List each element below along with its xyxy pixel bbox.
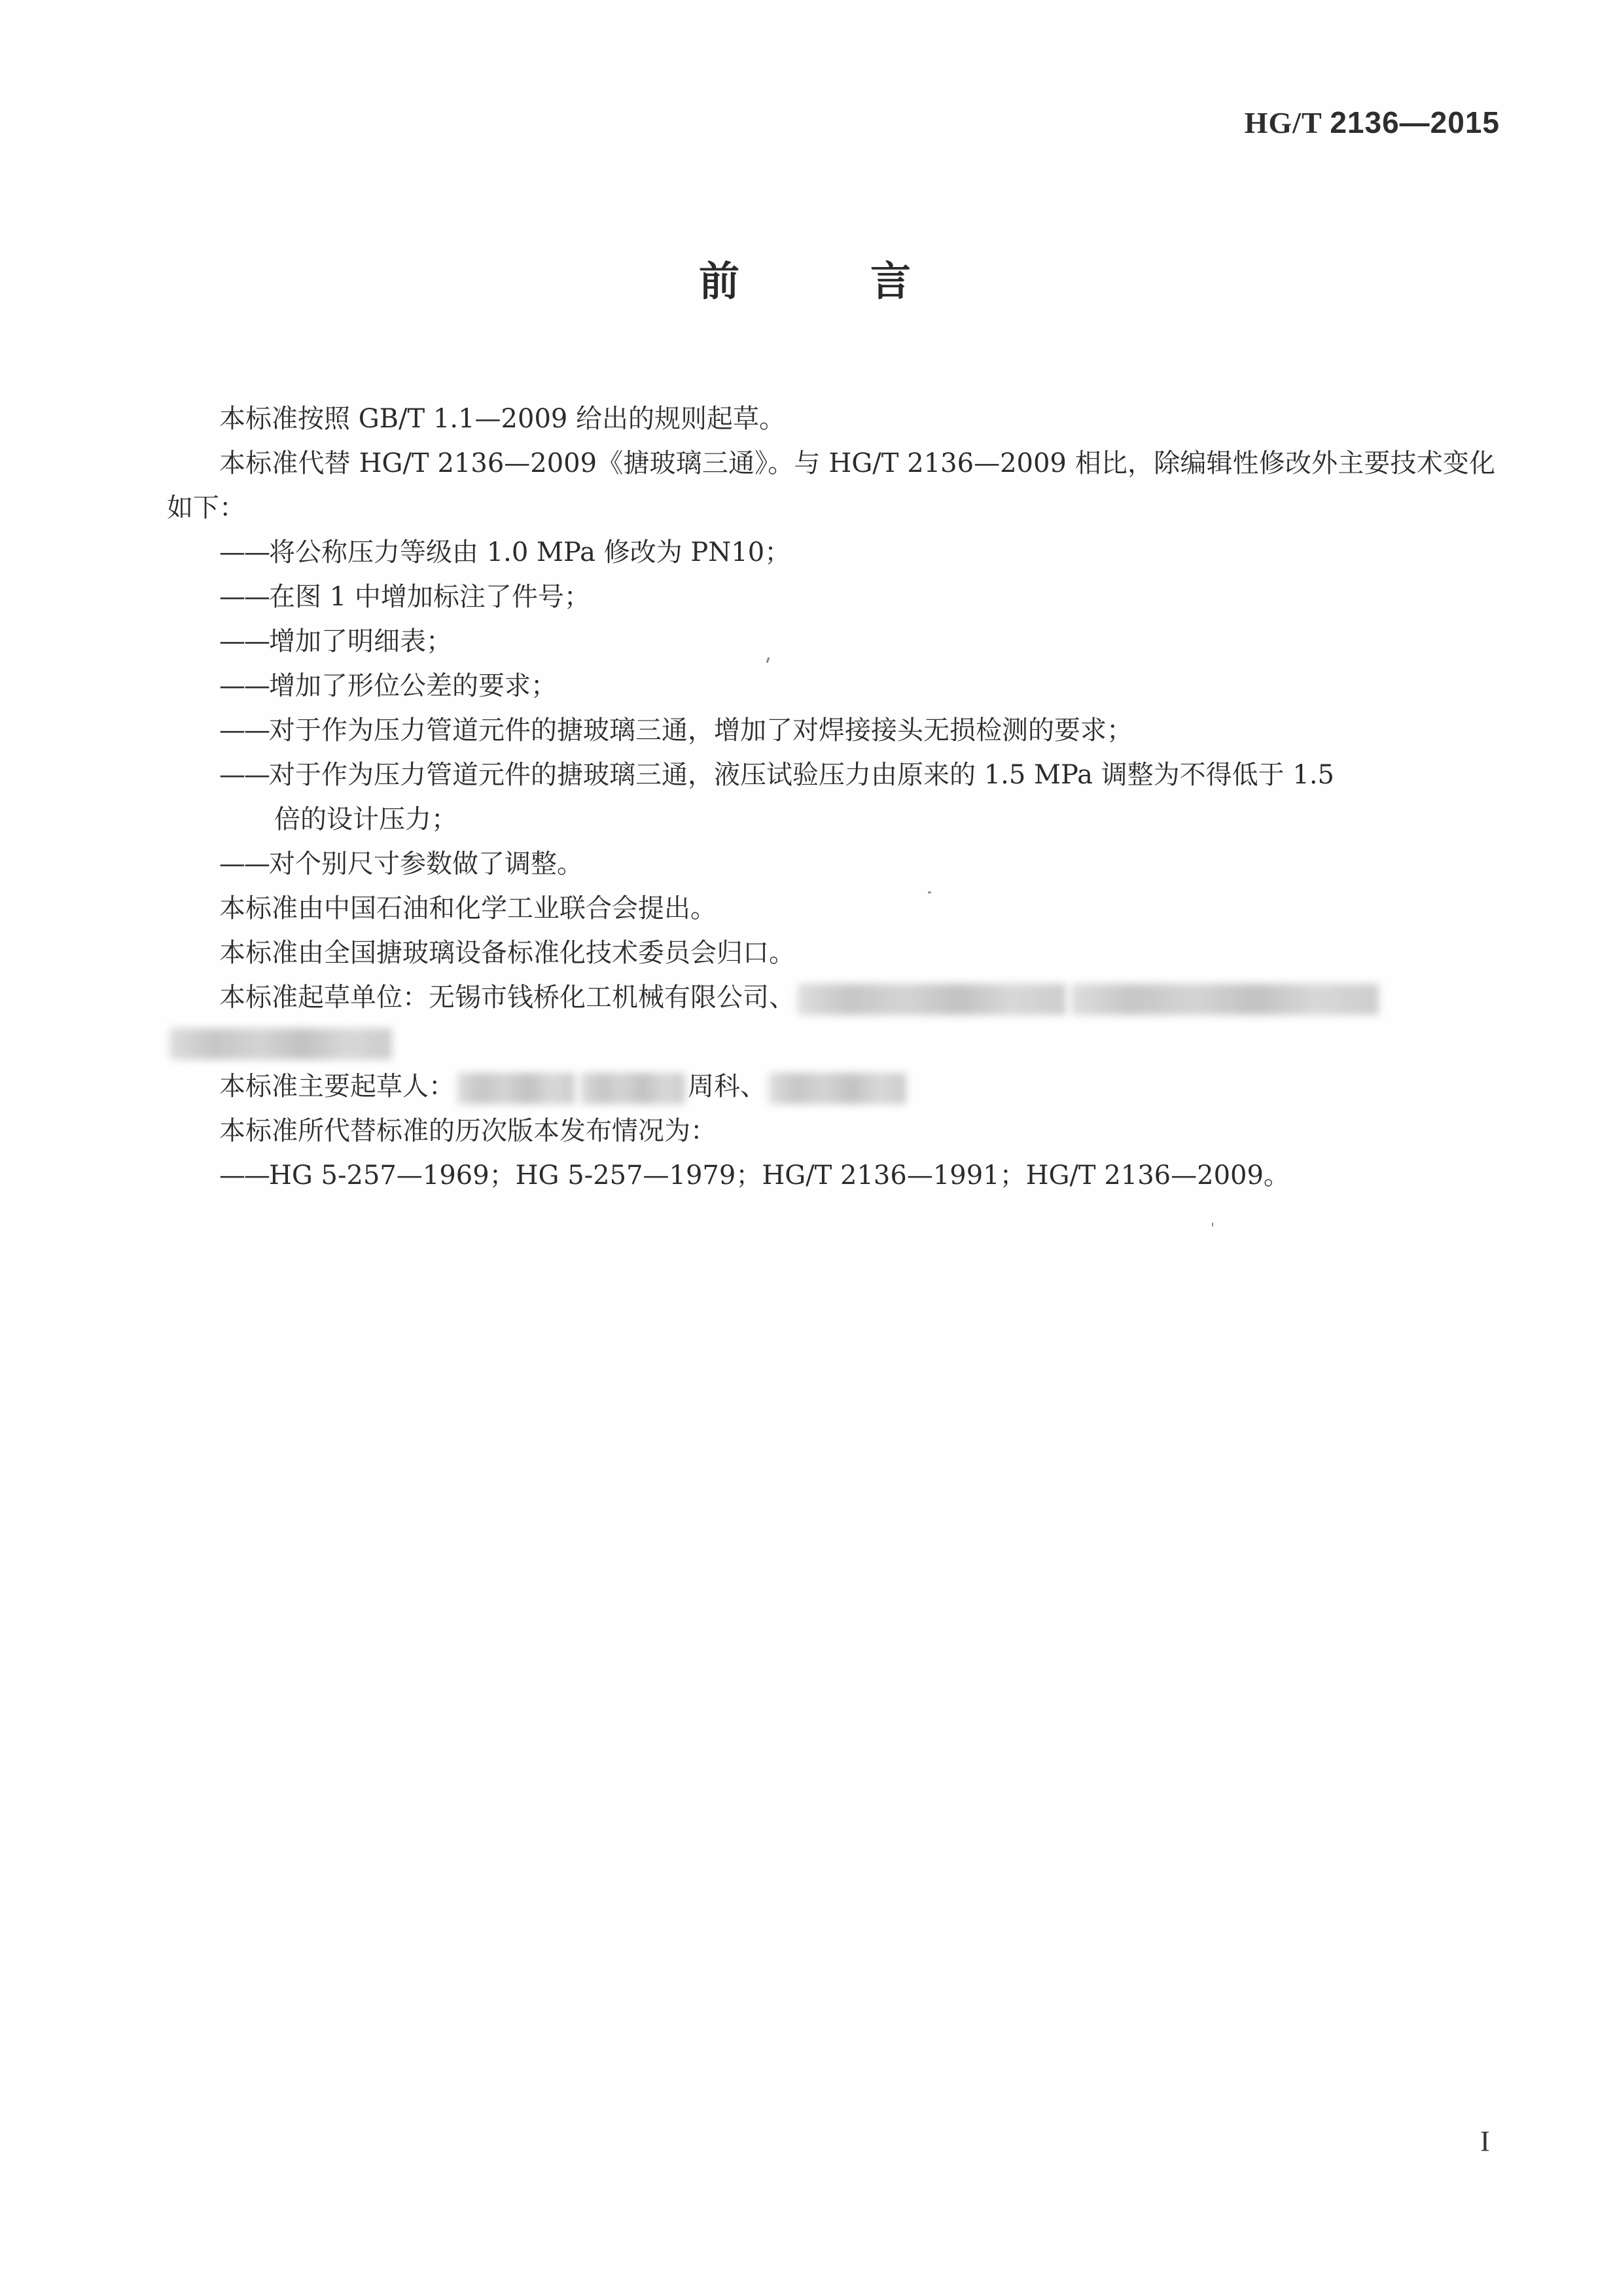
- paragraph-drafting-units-cont: [167, 1020, 1495, 1064]
- list-dash: ——: [219, 842, 269, 886]
- list-dash: ——: [219, 530, 269, 575]
- paragraph-history: 本标准所代替标准的历次版本发布情况为：: [167, 1109, 1495, 1153]
- paragraph-replaces: 本标准代替 HG/T 2136—2009《搪玻璃三通》。与 HG/T 2136—…: [167, 441, 1495, 530]
- list-item-text: 将公称压力等级由 1.0 MPa 修改为 PN10；: [269, 537, 790, 567]
- list-item: ——增加了形位公差的要求；: [167, 664, 1495, 708]
- page-title: 前 言: [0, 249, 1615, 307]
- list-dash: ——: [219, 708, 269, 753]
- foreword-body: 本标准按照 GB/T 1.1—2009 给出的规则起草。 本标准代替 HG/T …: [167, 397, 1495, 1198]
- paragraph-proposed-by: 本标准由中国石油和化学工业联合会提出。: [167, 886, 1495, 931]
- standard-code-prefix: HG/T: [1245, 106, 1322, 139]
- scan-speck: [928, 891, 931, 893]
- list-item-text: 对个别尺寸参数做了调整。: [269, 849, 583, 879]
- redacted-text-block: [457, 1073, 575, 1104]
- changes-list: ——将公称压力等级由 1.0 MPa 修改为 PN10； ——在图 1 中增加标…: [167, 530, 1495, 886]
- paragraph-centralized-by: 本标准由全国搪玻璃设备标准化技术委员会归口。: [167, 931, 1495, 975]
- list-item-text: 增加了形位公差的要求；: [269, 671, 557, 701]
- standard-code: HG/T 2136—2015: [1245, 105, 1500, 140]
- list-item-text: 对于作为压力管道元件的搪玻璃三通，液压试验压力由原来的 1.5 MPa 调整为不…: [269, 760, 1334, 790]
- list-item: ——增加了明细表；: [167, 619, 1495, 664]
- drafters-label: 本标准主要起草人：: [219, 1071, 455, 1102]
- list-item: ——对于作为压力管道元件的搪玻璃三通，增加了对焊接接头无损检测的要求；: [167, 708, 1495, 753]
- list-item-text: 增加了明细表；: [269, 626, 452, 656]
- title-char-1: 前: [699, 249, 739, 307]
- title-char-2: 言: [839, 249, 911, 307]
- redacted-text-block: [798, 984, 1066, 1015]
- redacted-text-block: [1071, 984, 1379, 1015]
- paragraph-drafting-rules: 本标准按照 GB/T 1.1—2009 给出的规则起草。: [167, 397, 1495, 441]
- page-number: I: [1480, 2125, 1490, 2158]
- drafter-visible: 周科、: [688, 1071, 766, 1102]
- drafting-unit-visible: 无锡市钱桥化工机械有限公司、: [429, 982, 795, 1013]
- redacted-text-block: [169, 1028, 392, 1060]
- paragraph-drafting-units: 本标准起草单位：无锡市钱桥化工机械有限公司、: [167, 975, 1495, 1020]
- history-list-item: ——HG 5-257—1969；HG 5-257—1979；HG/T 2136—…: [167, 1153, 1495, 1198]
- redacted-text-block: [580, 1073, 685, 1104]
- list-item: ——对个别尺寸参数做了调整。: [167, 842, 1495, 886]
- history-text: HG 5-257—1969；HG 5-257—1979；HG/T 2136—19…: [269, 1160, 1290, 1191]
- standard-code-number: 2136—2015: [1330, 105, 1500, 139]
- list-item: ——在图 1 中增加标注了件号；: [167, 575, 1495, 619]
- paragraph-drafters: 本标准主要起草人：周科、: [167, 1064, 1495, 1109]
- list-item: ——将公称压力等级由 1.0 MPa 修改为 PN10；: [167, 530, 1495, 575]
- document-page: HG/T 2136—2015 前 言 本标准按照 GB/T 1.1—2009 给…: [0, 0, 1615, 2296]
- drafting-units-label: 本标准起草单位：: [219, 982, 429, 1013]
- list-dash: ——: [219, 575, 269, 619]
- list-dash: ——: [219, 619, 269, 664]
- list-item-text: 对于作为压力管道元件的搪玻璃三通，增加了对焊接接头无损检测的要求；: [269, 715, 1133, 745]
- list-item: ——对于作为压力管道元件的搪玻璃三通，液压试验压力由原来的 1.5 MPa 调整…: [167, 753, 1495, 842]
- list-item-text: 在图 1 中增加标注了件号；: [269, 582, 590, 612]
- list-dash: ——: [219, 753, 269, 797]
- list-dash: ——: [219, 1153, 269, 1198]
- list-dash: ——: [219, 664, 269, 708]
- scan-speck: [1212, 1223, 1213, 1227]
- redacted-text-block: [769, 1073, 906, 1104]
- list-item-continuation: 倍的设计压力；: [219, 797, 1495, 842]
